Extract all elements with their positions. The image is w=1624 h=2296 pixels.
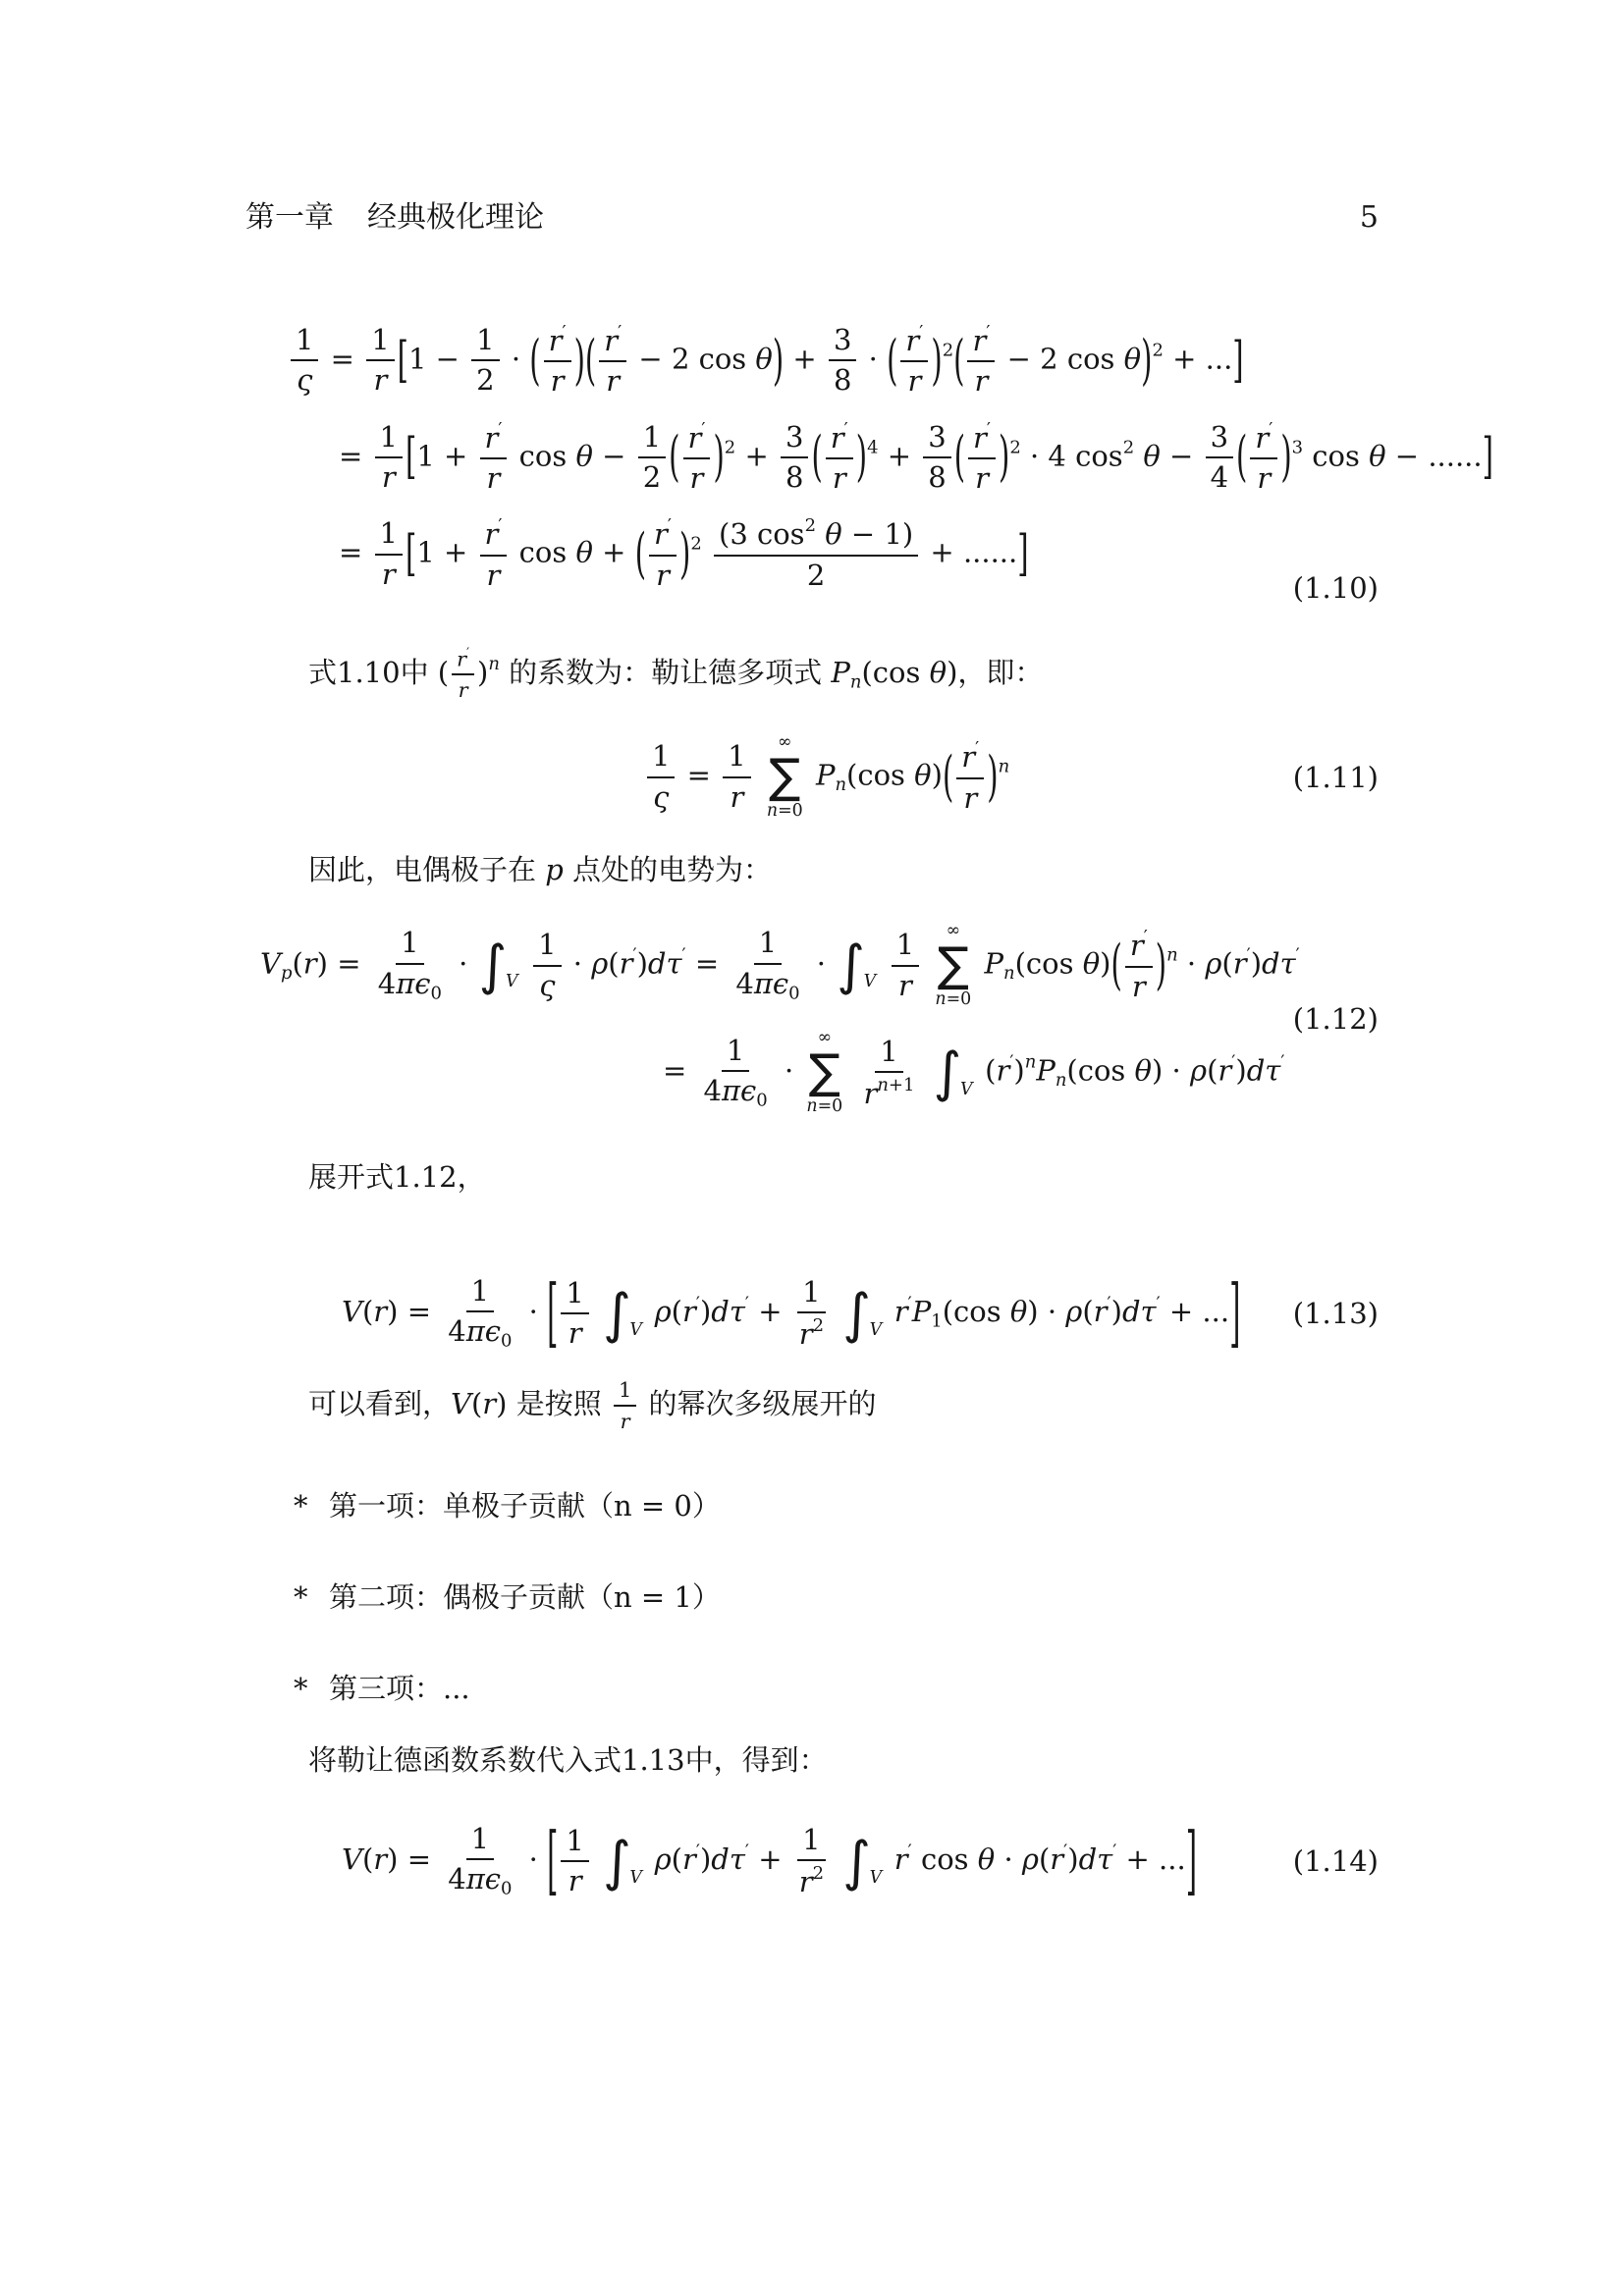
math-variable: d: [1122, 1295, 1141, 1328]
math-text: ·: [808, 947, 836, 981]
fraction-numerator: r′: [544, 322, 571, 362]
math-text: (: [1039, 1842, 1050, 1876]
fraction-denominator: 4πϵ0: [443, 1312, 516, 1353]
math-fraction: 1r: [375, 420, 403, 496]
fraction-numerator: 3: [829, 323, 856, 361]
math-variable: θ: [1135, 1054, 1152, 1088]
integral-lower-limit: V: [870, 1320, 883, 1340]
fraction-numerator: 1: [638, 420, 666, 458]
bullet-marker: *: [294, 1489, 329, 1522]
math-text: 1: [296, 323, 313, 356]
math-text: 2: [813, 1863, 824, 1884]
stretchy-delimiter: ): [987, 750, 998, 804]
fraction-denominator: r: [893, 967, 917, 1003]
math-text: (: [1207, 1054, 1218, 1088]
math-text: (cos: [1066, 1054, 1134, 1088]
math-text: ′: [498, 419, 502, 440]
math-variable: r: [604, 324, 618, 357]
math-text: [816, 517, 825, 551]
summation-operator: ∞∑n=0: [806, 1028, 842, 1117]
math-variable: n: [1003, 963, 1015, 984]
fraction-denominator: 4πϵ0: [443, 1860, 516, 1900]
math-text: [832, 1295, 840, 1328]
superscript: ′: [844, 419, 848, 440]
math-variable: r: [551, 364, 565, 398]
math-text: ′: [498, 515, 502, 536]
fraction-numerator: r′: [599, 322, 626, 362]
fraction-numerator: 1: [375, 516, 403, 555]
math-text: −: [1161, 439, 1203, 472]
fraction-numerator: r′: [480, 515, 508, 556]
cjk-text: 因此，电偶极子在: [308, 853, 545, 886]
document-body: { "header": { "chapter": "第一章", "title":…: [0, 0, 1624, 2296]
fraction-numerator: 1: [797, 1275, 825, 1313]
math-text: ′: [975, 738, 979, 759]
math-text: 4: [735, 967, 753, 1000]
math-text: [807, 759, 816, 792]
math-text: 4: [1211, 460, 1228, 494]
math-text: − 1): [842, 517, 914, 551]
math-text: 3: [928, 420, 946, 454]
math-text: ): [932, 759, 943, 792]
math-text: 2: [725, 437, 735, 457]
paragraph-coefficient-note: 式1.10中 (r′r)n 的系数为：勒让德多项式 Pn(cos θ)，即：: [245, 646, 1379, 703]
math-text: (3 cos: [719, 517, 805, 551]
math-variable: P: [831, 656, 850, 689]
math-fraction: r′r: [480, 515, 508, 593]
fraction-denominator: r: [546, 362, 569, 399]
fraction-numerator: r′: [968, 419, 996, 459]
math-fraction: 1r: [366, 323, 394, 399]
fraction-denominator: r: [482, 557, 506, 593]
math-variable: r: [549, 324, 563, 357]
math-text: ′: [618, 322, 622, 343]
math-variable: r: [975, 364, 989, 398]
math-variable: p: [545, 853, 564, 886]
integral-lower-limit: V: [960, 1080, 973, 1099]
integral-operator: ∫V: [934, 1045, 974, 1099]
stretchy-delimiter: [: [406, 530, 416, 578]
equation-line: 1ς = 1r ∞∑n=0 Pn(cos θ)(r′r)n: [644, 732, 1379, 822]
subscript: 0: [501, 1879, 512, 1899]
math-text: ·: [1039, 1295, 1066, 1328]
fraction-denominator: r2: [794, 1313, 829, 1352]
math-variable: r: [690, 461, 704, 495]
math-text: [886, 1842, 894, 1876]
chapter-title: 经典极化理论: [367, 200, 544, 235]
sum-lower-limit: n=0: [806, 1096, 842, 1118]
math-text: +1: [889, 1075, 915, 1095]
fraction-denominator: r: [685, 459, 709, 496]
math-variable: P: [1036, 1054, 1056, 1088]
math-text: [521, 947, 530, 981]
math-text: 0: [501, 1331, 512, 1352]
fraction-denominator: r: [970, 459, 994, 496]
page-number: 5: [1360, 200, 1379, 235]
stretchy-delimiter: [: [398, 337, 408, 385]
list-item: * 第二项：偶极子贡献（n = 1）: [294, 1575, 1379, 1616]
stretchy-delimiter: (: [943, 750, 953, 804]
math-fraction: 12: [638, 420, 666, 496]
math-text: (: [362, 1295, 373, 1328]
stretchy-delimiter: (: [1236, 430, 1247, 484]
math-variable: r: [457, 647, 466, 670]
integral-lower-limit: V: [629, 1868, 642, 1888]
stretchy-delimiter: ]: [1186, 1825, 1197, 1898]
math-text: (: [1221, 947, 1232, 981]
math-text: ′: [919, 322, 923, 343]
math-text: ′: [668, 515, 672, 536]
superscript: 2: [1123, 437, 1134, 457]
math-variable: V: [260, 947, 281, 981]
fraction-numerator: 1: [466, 1822, 494, 1860]
math-text: =0: [778, 801, 803, 821]
math-text: · 4 cos: [1021, 439, 1123, 472]
fraction-denominator: r: [970, 362, 994, 399]
equation-1-14: V(r) = 14πϵ0 · [1r ∫V ρ(r′)dτ′ + 1r2 ∫V …: [245, 1822, 1379, 1900]
math-variable: ρ: [591, 947, 608, 981]
math-variable: n: [850, 672, 862, 693]
superscript: 2: [943, 340, 953, 360]
math-variable: r: [1132, 970, 1146, 1003]
math-fraction: r′r: [599, 322, 626, 400]
math-text: 1: [896, 928, 914, 961]
math-text: =: [398, 1842, 440, 1876]
math-text: ·: [450, 947, 477, 981]
math-variable: θ: [1143, 439, 1160, 472]
fraction-numerator: 1: [291, 323, 318, 361]
math-variable: τ: [1280, 947, 1296, 981]
fraction-numerator: 3: [1206, 420, 1233, 458]
math-variable: V: [864, 972, 877, 991]
subscript: n: [1003, 963, 1015, 984]
math-fraction: 1r: [561, 1824, 588, 1899]
stretchy-delimiter: ): [1280, 430, 1291, 484]
math-text: =: [328, 947, 370, 981]
math-text: (: [471, 1387, 482, 1420]
fraction-numerator: 1: [396, 926, 423, 964]
math-text: [702, 536, 711, 569]
math-fraction: 14πϵ0: [731, 926, 804, 1004]
math-text: 0: [501, 1879, 512, 1899]
math-text: 1: [880, 1035, 897, 1068]
equation-line: = 1r[1 + r′r cos θ − 12(r′r)2 + 38(r′r)4…: [339, 419, 1379, 497]
fraction-denominator: r: [958, 779, 982, 816]
math-variable: r: [963, 781, 977, 815]
math-fraction: r′r: [826, 419, 853, 497]
math-variable: r: [382, 558, 396, 591]
math-text: 1: [380, 516, 398, 550]
math-variable: ϵ: [740, 1074, 756, 1107]
math-variable: r: [799, 1865, 813, 1898]
math-variable: V: [629, 1320, 642, 1340]
fraction-denominator: r: [725, 778, 748, 815]
equation-1-10: 1ς = 1r[1 − 12 · (r′r)(r′r − 2 cos θ) + …: [245, 322, 1379, 613]
superscript: 2: [690, 534, 701, 555]
equation-number: (1.10): [1293, 571, 1379, 605]
subscript: n: [850, 672, 862, 693]
equation-line: = 14πϵ0 · ∞∑n=0 1rn+1 ∫V (r′)nPn(cos θ) …: [663, 1028, 1379, 1117]
math-variable: p: [281, 963, 293, 984]
math-text: =: [677, 759, 720, 792]
math-variable: V: [342, 1842, 362, 1876]
math-text: + ...: [1116, 1842, 1185, 1876]
math-fraction: 14πϵ0: [699, 1034, 773, 1112]
equation-1-11: 1ς = 1r ∞∑n=0 Pn(cos θ)(r′r)n (1.11): [245, 732, 1379, 822]
fraction-numerator: 1: [723, 739, 750, 777]
math-text: 2: [807, 559, 825, 592]
fraction-numerator: 1: [561, 1824, 588, 1862]
math-text: 2: [943, 340, 953, 360]
superscript: 2: [1009, 437, 1020, 457]
fraction-denominator: ς: [648, 778, 674, 815]
fraction-denominator: r: [377, 458, 401, 495]
math-variable: r: [1094, 1295, 1108, 1328]
paragraph-substitute-note: 将勒让德函数系数代入式1.13中，得到：: [245, 1739, 1379, 1781]
math-text: 4: [867, 437, 878, 457]
integral-operator: ∫V: [842, 1287, 883, 1341]
math-text: (: [362, 1842, 373, 1876]
math-text: ·: [859, 342, 887, 375]
math-variable: d: [711, 1295, 730, 1328]
math-fraction: 1r: [723, 739, 750, 815]
math-variable: P: [816, 759, 836, 792]
math-text: 1: [619, 1378, 631, 1402]
math-variable: τ: [1265, 1054, 1280, 1088]
superscript: 3: [1292, 437, 1303, 457]
math-variable: ϵ: [773, 967, 788, 1000]
fraction-denominator: r: [1252, 459, 1275, 496]
math-variable: r: [973, 421, 987, 454]
math-text: 2: [643, 460, 661, 494]
integral-operator: ∫V: [842, 1835, 883, 1889]
math-variable: P: [984, 947, 1003, 981]
superscript: n+1: [877, 1075, 914, 1095]
fraction-numerator: 1: [797, 1823, 825, 1861]
math-text: 1: [652, 739, 670, 773]
math-variable: d: [711, 1842, 730, 1876]
stretchy-delimiter: (: [669, 430, 679, 484]
equation-1-13: V(r) = 14πϵ0 · [1r ∫V ρ(r′)dτ′ + 1r2 ∫V …: [245, 1274, 1379, 1353]
superscript: 2: [813, 1863, 824, 1884]
integral-operator: ∫V: [603, 1287, 643, 1341]
math-variable: r: [487, 461, 501, 495]
math-text: [592, 1842, 601, 1876]
fraction-denominator: r: [616, 1407, 635, 1434]
math-variable: r: [373, 1842, 387, 1876]
fraction-denominator: r: [828, 459, 851, 496]
fraction-numerator: 1: [561, 1276, 588, 1314]
math-variable: r: [961, 740, 975, 774]
math-variable: π: [396, 967, 414, 1000]
math-variable: r: [730, 780, 743, 814]
math-variable: θ: [930, 656, 947, 689]
fraction-numerator: 1: [647, 739, 675, 777]
fraction-numerator: 1: [875, 1035, 902, 1073]
math-text: ): [700, 1842, 711, 1876]
math-variable: r: [656, 559, 670, 592]
math-text: =: [398, 1295, 440, 1328]
math-text: +: [593, 536, 635, 569]
fraction-numerator: r′: [826, 419, 853, 459]
fraction-denominator: 4: [1206, 458, 1233, 495]
fraction-numerator: 1: [892, 928, 919, 966]
math-text: ·: [519, 1295, 547, 1328]
math-fraction: 1ς: [647, 739, 675, 815]
math-variable: r: [898, 969, 912, 1002]
math-text: ·: [565, 947, 592, 981]
math-text: cos: [510, 536, 575, 569]
math-variable: d: [648, 947, 667, 981]
stretchy-delimiter: ]: [1229, 1277, 1240, 1351]
math-text: +: [749, 1842, 791, 1876]
superscript: ′: [1269, 419, 1272, 440]
fraction-numerator: 1: [614, 1377, 636, 1407]
math-variable: ρ: [1190, 1054, 1207, 1088]
paragraph-expand-note: 展开式1.12，: [245, 1156, 1379, 1198]
math-variable: r: [485, 421, 499, 454]
math-variable: r: [972, 324, 986, 357]
math-fraction: 1r: [614, 1377, 636, 1434]
fraction-numerator: r′: [900, 322, 928, 362]
fraction-numerator: r′: [1125, 927, 1153, 967]
math-variable: r: [373, 363, 387, 397]
math-variable: τ: [730, 1295, 745, 1328]
superscript: ′: [668, 515, 672, 536]
math-variable: r: [975, 461, 989, 495]
superscript: n: [488, 654, 500, 674]
math-variable: ρ: [655, 1842, 672, 1876]
sum-glyph: ∑: [809, 1049, 840, 1096]
fraction-denominator: ς: [534, 967, 560, 1003]
superscript: ′: [1280, 1052, 1284, 1073]
math-text: ·: [995, 1842, 1022, 1876]
math-variable: θ: [576, 439, 593, 472]
stretchy-delimiter: ]: [1232, 337, 1243, 385]
stretchy-delimiter: ): [574, 334, 585, 388]
superscript: 2: [813, 1315, 824, 1336]
math-text: 0: [756, 1091, 767, 1111]
fraction-denominator: r: [651, 557, 675, 593]
math-variable: r: [621, 1410, 630, 1433]
fraction-numerator: 1: [754, 926, 782, 964]
fraction-denominator: r: [454, 675, 473, 703]
math-variable: r: [382, 460, 396, 494]
math-text: 1: [643, 420, 661, 454]
math-variable: V: [342, 1295, 362, 1328]
math-variable: τ: [730, 1842, 745, 1876]
stretchy-delimiter: (: [585, 334, 596, 388]
fraction-numerator: 1: [366, 323, 394, 361]
math-text: 2: [813, 1315, 824, 1336]
integral-operator: ∫V: [603, 1835, 643, 1889]
math-text: ): [1027, 1295, 1038, 1328]
math-text: [886, 1295, 894, 1328]
math-text: =0: [947, 989, 972, 1009]
math-text: 2: [1123, 437, 1134, 457]
math-variable: r: [799, 1317, 813, 1351]
math-text: (cos: [943, 1295, 1010, 1328]
math-text: + ...: [1164, 342, 1232, 375]
math-text: ): [700, 1295, 711, 1328]
math-text: (: [292, 947, 302, 981]
math-variable: r: [654, 517, 668, 551]
math-text: ′: [1144, 927, 1148, 947]
fraction-numerator: r′: [956, 738, 984, 778]
math-variable: n: [835, 774, 846, 795]
fraction-numerator: 1: [533, 928, 561, 966]
math-variable: r: [907, 364, 921, 398]
math-text: 2: [476, 363, 494, 397]
math-variable: r: [1255, 421, 1269, 454]
equation-number: (1.14): [1293, 1844, 1379, 1878]
subscript: 0: [501, 1331, 512, 1352]
math-text: (: [976, 1054, 997, 1088]
math-variable: V: [870, 1868, 883, 1888]
math-text: ): [637, 947, 648, 981]
fraction-denominator: 4πϵ0: [373, 965, 447, 1005]
math-text: 4: [378, 967, 396, 1000]
math-text: ′: [844, 419, 848, 440]
integral-lower-limit: V: [506, 972, 518, 991]
stretchy-delimiter: (: [811, 430, 822, 484]
math-text: 1: [566, 1824, 583, 1857]
math-text: +: [735, 439, 778, 472]
integral-glyph: ∫: [934, 1045, 962, 1099]
math-variable: θ: [1010, 1295, 1027, 1328]
stretchy-delimiter: (: [887, 334, 897, 388]
paragraph-potential-intro: 因此，电偶极子在 p 点处的电势为：: [245, 849, 1379, 890]
math-variable: r: [568, 1864, 582, 1897]
list-item: * 第三项：...: [294, 1667, 1379, 1707]
math-text: 2: [690, 534, 701, 555]
math-fraction: r′r: [968, 419, 996, 497]
fraction-denominator: 8: [781, 458, 808, 495]
subscript: 0: [431, 983, 442, 1003]
fraction-numerator: r′: [480, 419, 508, 459]
math-text: ∞: [778, 732, 792, 752]
math-variable: ς: [539, 969, 555, 1002]
equation-line: V(r) = 14πϵ0 · [1r ∫V ρ(r′)dτ′ + 1r2 ∫V …: [342, 1274, 1379, 1353]
math-text: 1: [380, 420, 398, 454]
term-list: * 第一项：单极子贡献（n = 0） * 第二项：偶极子贡献（n = 1） * …: [245, 1484, 1379, 1758]
math-text: 4: [448, 1314, 465, 1348]
equation-1-12: Vp(r) = 14πϵ0 · ∫V 1ς · ρ(r′)dτ′ = 14πϵ0…: [245, 921, 1379, 1118]
math-variable: V: [629, 1868, 642, 1888]
subscript: 0: [788, 983, 799, 1003]
stretchy-delimiter: ): [1156, 938, 1166, 992]
math-text: 3: [785, 420, 803, 454]
math-fraction: r′r: [1250, 419, 1277, 497]
stretchy-delimiter: (: [635, 527, 646, 581]
stretchy-delimiter: ): [713, 430, 724, 484]
math-fraction: 1r2: [794, 1275, 829, 1353]
sum-lower-limit: n=0: [767, 801, 803, 823]
math-variable: r: [863, 1077, 877, 1110]
math-text: 0: [431, 983, 442, 1003]
math-text: ∞: [947, 921, 961, 940]
math-text: 3: [1211, 420, 1228, 454]
subscript: p: [281, 963, 293, 984]
superscript: n: [1025, 1052, 1037, 1073]
math-variable: r: [487, 559, 501, 592]
math-fraction: 1r: [561, 1276, 588, 1352]
math-text: − 2 cos: [998, 342, 1123, 375]
list-item: * 第一项：单极子贡献（n = 0）: [294, 1484, 1379, 1524]
sum-glyph: ∑: [938, 942, 969, 989]
math-text: ·: [503, 342, 530, 375]
math-text: ·: [1178, 947, 1206, 981]
